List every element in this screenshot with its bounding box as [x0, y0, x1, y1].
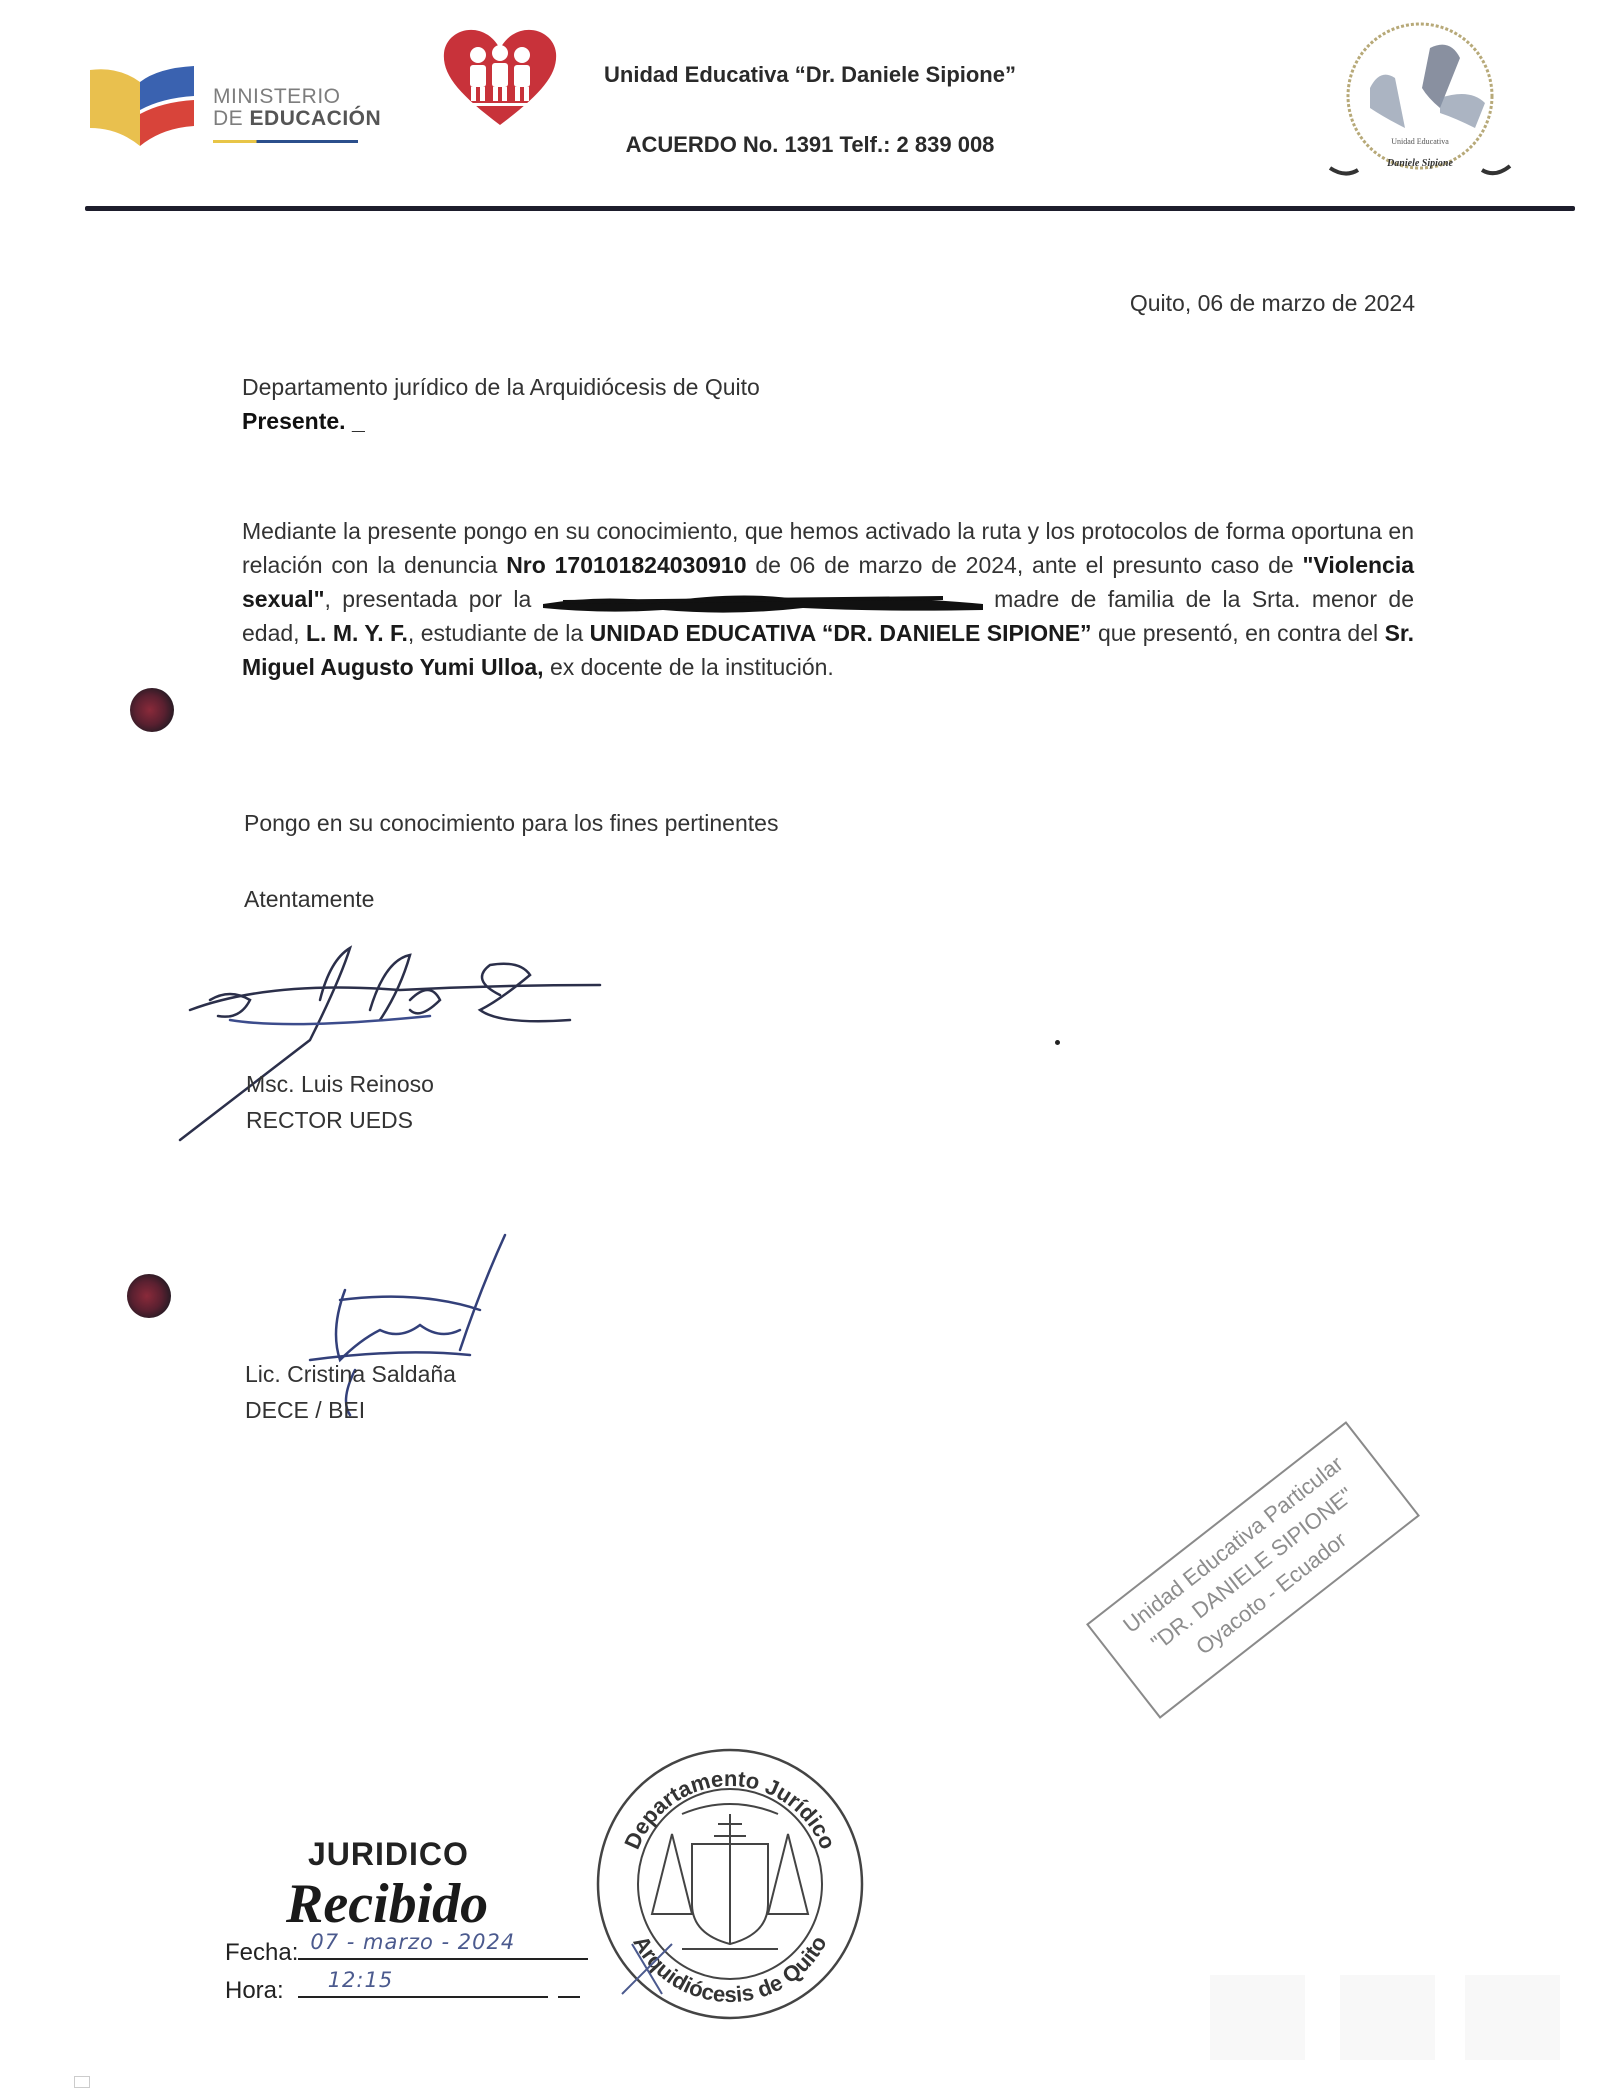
fecha-label: Fecha:: [225, 1939, 298, 1966]
signatory-title: RECTOR UEDS: [246, 1102, 434, 1138]
body-text: de 06 de marzo de 2024, ante el presunto…: [747, 552, 1303, 578]
faint-watermark-icons: [1200, 1965, 1570, 2060]
body-text: ex docente de la institución.: [544, 654, 834, 680]
archdiocese-seal-icon: Departamento Jurídico Arquidiócesis de Q…: [592, 1744, 868, 2024]
ministerio-educacion-logo-icon: [88, 62, 198, 150]
punch-hole-icon: [130, 688, 174, 732]
stamp-status: Recibido: [286, 1872, 488, 1936]
school-rubber-stamp: Unidad Educativa Particular "DR. DANIELE…: [1086, 1421, 1420, 1719]
hora-field: 12:15: [298, 1976, 548, 1998]
signatory-rector: Msc. Luis Reinoso RECTOR UEDS: [246, 1066, 434, 1138]
svg-text:Unidad Educativa: Unidad Educativa: [1391, 137, 1449, 146]
letter-body-paragraph: Mediante la presente pongo en su conocim…: [242, 514, 1414, 684]
signatory-dece: Lic. Cristina Saldaña DECE / BEI: [245, 1356, 456, 1428]
student-initials: L. M. Y. F.: [306, 620, 408, 646]
redaction-scribble: [543, 590, 983, 612]
signatory-name: Lic. Cristina Saldaña: [245, 1356, 456, 1392]
stamp-fecha-row: Fecha:07 - marzo - 2024: [225, 1938, 588, 1967]
acuerdo-phone: ACUERDO No. 1391 Telf.: 2 839 008: [560, 132, 1060, 158]
fecha-field: 07 - marzo - 2024: [298, 1938, 588, 1960]
letter-date: Quito, 06 de marzo de 2024: [1130, 290, 1415, 317]
header-divider: [85, 206, 1575, 211]
hora-label: Hora:: [225, 1977, 284, 2004]
institution-name: UNIDAD EDUCATIVA “DR. DANIELE SIPIONE”: [590, 620, 1092, 646]
school-crest-icon: Unidad Educativa Daniele Sipione: [1310, 18, 1530, 193]
body-text: , estudiante de la: [408, 620, 590, 646]
stamp-hora-row: Hora:12:15: [225, 1976, 580, 2005]
punch-hole-icon: [127, 1274, 171, 1318]
signatory-name: Msc. Luis Reinoso: [246, 1066, 434, 1102]
ministry-line2-bold: EDUCACIÓN: [250, 107, 382, 130]
corner-checkbox-icon: [74, 2076, 90, 2088]
presente-label: Presente. _: [242, 404, 760, 438]
recipient-block: Departamento jurídico de la Arquidiócesi…: [242, 370, 760, 438]
stamp-line: "DR. DANIELE SIPIONE": [1114, 1456, 1390, 1681]
complaint-number: Nro 170101824030910: [506, 552, 746, 578]
ink-speck: [1055, 1040, 1060, 1045]
ministry-line1: MINISTERIO: [213, 85, 341, 108]
hora-handwritten: 12:15: [328, 1968, 394, 1992]
salutation: Atentamente: [244, 886, 374, 913]
closing-line: Pongo en su conocimiento para los fines …: [244, 810, 778, 837]
ministry-underline: [213, 140, 358, 143]
recipient-name: Departamento jurídico de la Arquidiócesi…: [242, 370, 760, 404]
hora-dash: [558, 1976, 580, 1998]
fecha-handwritten: 07 - marzo - 2024: [310, 1930, 515, 1954]
ministry-line2-prefix: DE: [213, 107, 250, 130]
school-name: Unidad Educativa “Dr. Daniele Sipione”: [560, 62, 1060, 88]
body-text: que presentó, en contra del: [1092, 620, 1385, 646]
body-text: , presentada por la: [325, 586, 543, 612]
heart-children-logo-icon: [440, 25, 560, 127]
signatory-title: DECE / BEI: [245, 1392, 456, 1428]
ministry-name: MINISTERIO DE EDUCACIÓN: [213, 86, 381, 143]
svg-text:Daniele Sipione: Daniele Sipione: [1386, 158, 1453, 169]
stamp-department: JURIDICO: [308, 1836, 469, 1873]
